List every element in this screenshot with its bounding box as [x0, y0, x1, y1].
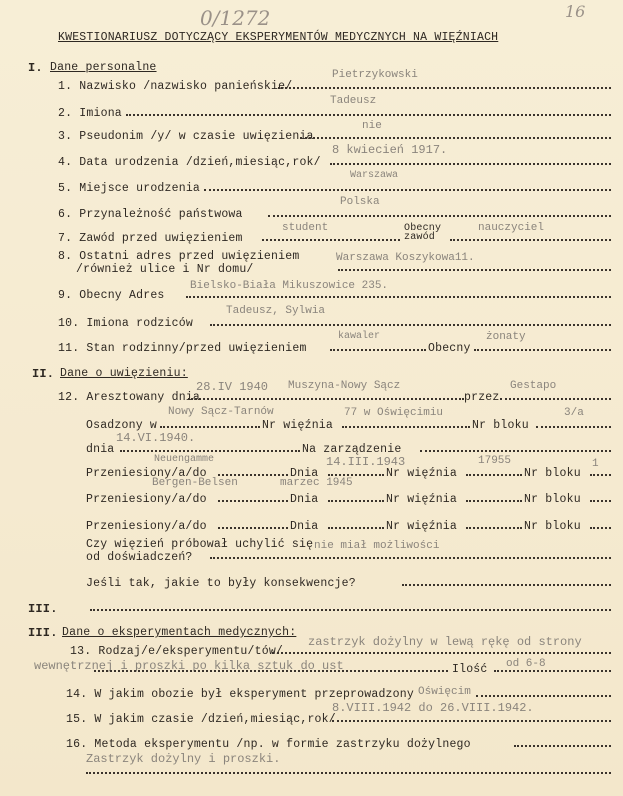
- archive-reference: 0/1272: [200, 6, 270, 30]
- field-value-birth-date: 8 kwiecień 1917.: [332, 143, 447, 157]
- field-value-birth-place: Warszawa: [350, 170, 398, 181]
- field-value-transferred-to: Neuengamme: [154, 454, 214, 465]
- field-label-experiment-method: 16. Metoda eksperymentu /np. w formie za…: [66, 738, 471, 751]
- field-label-transfer-block: Nr bloku: [524, 493, 581, 506]
- field-value-citizenship: Polska: [340, 196, 380, 208]
- field-label-marital-status-now: Obecny: [428, 342, 471, 355]
- field-label-last-address: 8. Ostatni adres przed uwięzieniem: [58, 250, 299, 263]
- field-label-prisoner-number: Nr więźnia: [262, 419, 333, 432]
- field-line: [590, 523, 611, 529]
- section-3-blank-number: III.: [28, 602, 58, 616]
- field-label-arrested-date: 12. Aresztowany dnia: [58, 391, 200, 404]
- field-line: [210, 553, 611, 559]
- field-value-occupation-now: nauczyciel: [478, 222, 544, 234]
- field-label-experiment-camp: 14. W jakim obozie był eksperyment przep…: [66, 688, 414, 701]
- field-value-first-names: Tadeusz: [330, 95, 376, 107]
- question-evade-line1: Czy więzień próbował uchylić się: [86, 538, 313, 551]
- field-value-marital-status-now: żonaty: [486, 331, 526, 343]
- field-value-arrested-date: 28.IV 1940: [196, 380, 268, 394]
- section-2-number: II.: [32, 367, 54, 381]
- document-title: KWESTIONARIUSZ DOTYCZĄCY EKSPERYMENTÓW M…: [58, 31, 498, 44]
- field-label-birth-date: 4. Data urodzenia /dzień,miesiąc,rok/: [58, 156, 321, 169]
- field-line: [268, 211, 611, 217]
- field-line: [590, 496, 611, 502]
- field-value-quantity: od 6-8: [506, 658, 546, 670]
- field-label-transferred-to: Przeniesiony/a/do: [86, 520, 207, 533]
- field-label-transfer-prisoner-number: Nr więźnia: [386, 520, 457, 533]
- field-line: [186, 292, 611, 298]
- field-line: [160, 422, 260, 428]
- field-line: [328, 496, 384, 502]
- field-value-arrested-by: Gestapo: [510, 380, 556, 392]
- field-line: [338, 265, 611, 271]
- field-line: [86, 768, 611, 774]
- section-3-heading: Dane o eksperymentach medycznych:: [62, 626, 296, 639]
- field-line: [514, 741, 611, 747]
- field-label-surname: 1. Nazwisko /nazwisko panieńskie/: [58, 80, 292, 93]
- field-line: [590, 470, 611, 476]
- field-value-prisoner-number: 77 w Oświęcimiu: [344, 407, 443, 419]
- field-line: [342, 422, 470, 428]
- field-line: [204, 185, 611, 191]
- field-label-first-names: 2. Imiona: [58, 107, 122, 120]
- field-value-parents-names: Tadeusz, Sylwia: [226, 305, 325, 317]
- field-value-arrested-place: Muszyna-Nowy Sącz: [288, 380, 400, 392]
- field-line: [466, 496, 522, 502]
- field-label-occupation-now: Obecny zawód: [404, 224, 444, 242]
- field-value-experiment-camp: Oświęcim: [418, 686, 471, 698]
- field-line: [466, 523, 522, 529]
- field-value-transfer-date: marzec 1945: [280, 477, 353, 489]
- section-3-number: III.: [28, 626, 58, 640]
- field-line: [218, 523, 288, 529]
- field-value-transfer-prisoner-number: 17955: [478, 455, 511, 467]
- field-value-transfer-block: 1: [592, 458, 599, 470]
- field-label-occupation-before: 7. Zawód przed uwięzieniem: [58, 232, 243, 245]
- field-value-marital-status-before: kawaler: [338, 331, 380, 342]
- field-label-transfer-date: Dnia: [290, 520, 318, 533]
- field-label-quantity: Ilość: [452, 663, 488, 676]
- field-label-pseudonym: 3. Pseudonim /y/ w czasie uwięzienia: [58, 130, 314, 143]
- field-value-experiment-type: zastrzyk dożylny w lewą rękę od strony: [308, 635, 582, 649]
- field-label-transferred-to: Przeniesiony/a/do: [86, 493, 207, 506]
- field-line: [450, 235, 611, 241]
- field-label-last-address-note: /również ulice i Nr domu/: [76, 263, 254, 276]
- field-value-current-address: Bielsko-Biała Mikuszowice 235.: [190, 280, 388, 292]
- field-value-occupation-before: student: [282, 222, 328, 234]
- field-label-transfer-block: Nr bloku: [524, 520, 581, 533]
- field-label-experiment-type: 13. Rodzaj/e/eksperymentu/tów/: [70, 645, 283, 658]
- question-evade-line2: od doświadczeń?: [86, 551, 193, 564]
- field-label-parents-names: 10. Imiona rodziców: [58, 317, 193, 330]
- field-label-birth-place: 5. Miejsce urodzenia: [58, 182, 200, 195]
- field-line: [188, 394, 464, 400]
- field-line: [328, 470, 384, 476]
- field-label-date: dnia: [86, 443, 114, 456]
- field-line: [474, 345, 611, 351]
- page-number: 16: [565, 2, 585, 21]
- question-consequences: Jeśli tak, jakie to były konsekwencje?: [86, 577, 356, 590]
- field-line: [218, 496, 288, 502]
- field-label-marital-status: 11. Stan rodzinny/przed uwięzieniem: [58, 342, 307, 355]
- field-value-last-address: Warszawa Koszykowa11.: [336, 252, 475, 264]
- field-value-date: 14.VI.1940.: [116, 431, 195, 445]
- field-label-arrested-by: przez: [464, 391, 500, 404]
- field-label-transfer-prisoner-number: Nr więźnia: [386, 493, 457, 506]
- field-value-block-number: 3/a: [564, 407, 584, 419]
- section-2-heading: Dane o uwięzieniu:: [60, 367, 188, 380]
- field-line: [420, 446, 611, 452]
- field-value-experiment-time: 8.VIII.1942 do 26.VIII.1942.: [332, 701, 534, 715]
- field-value-pseudonym: nie: [362, 120, 382, 132]
- field-label-experiment-time: 15. W jakim czasie /dzień,miesiąc,rok/: [66, 713, 336, 726]
- field-line: [90, 605, 611, 611]
- document-page: 0/1272 16 KWESTIONARIUSZ DOTYCZĄCY EKSPE…: [0, 0, 623, 796]
- field-line: [300, 133, 611, 139]
- field-line: [536, 422, 611, 428]
- field-line: [466, 470, 522, 476]
- field-value-experiment-method: Zastrzyk dożylny i proszki.: [86, 752, 280, 766]
- field-line: [476, 691, 611, 697]
- field-label-transfer-prisoner-number: Nr więźnia: [386, 467, 457, 480]
- field-value-surname: Pietrzykowski: [332, 69, 418, 81]
- field-label-transfer-date: Dnia: [290, 493, 318, 506]
- section-1-heading: Dane personalne: [50, 61, 157, 74]
- field-label-block-number: Nr bloku: [472, 419, 529, 432]
- section-1-number: I.: [28, 61, 43, 75]
- answer-evade: nie miał możliwości: [314, 540, 439, 552]
- field-line: [94, 666, 448, 672]
- field-label-citizenship: 6. Przynależność państwowa: [58, 208, 243, 221]
- field-label-transfer-block: Nr bloku: [524, 467, 581, 480]
- field-line: [330, 345, 426, 351]
- field-value-imprisoned-in: Nowy Sącz-Tarnów: [168, 406, 274, 418]
- field-label-current-address: 9. Obecny Adres: [58, 289, 165, 302]
- field-line: [210, 320, 611, 326]
- field-line: [262, 235, 400, 241]
- field-line: [330, 159, 611, 165]
- field-line: [126, 110, 611, 116]
- field-line: [218, 470, 288, 476]
- field-line: [328, 523, 384, 529]
- field-value-transferred-to: Bergen-Belsen: [152, 477, 238, 489]
- field-line: [332, 716, 611, 722]
- field-line: [402, 580, 611, 586]
- field-line: [278, 83, 611, 89]
- field-line: [500, 394, 611, 400]
- field-line: [120, 446, 300, 452]
